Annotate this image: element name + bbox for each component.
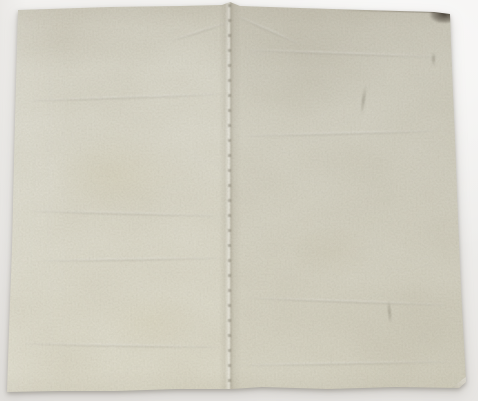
wrinkle-line xyxy=(242,49,442,59)
wrinkle-line xyxy=(30,210,220,218)
fold-crease-marks xyxy=(228,4,231,395)
wrinkle-line xyxy=(234,14,299,45)
wrinkle-line xyxy=(28,93,223,103)
bottom-right-dog-ear xyxy=(448,372,468,389)
gray-streak-mark xyxy=(360,85,367,115)
paper-sheet xyxy=(0,0,478,401)
wrinkle-line xyxy=(240,360,450,367)
wrinkle-line xyxy=(24,342,219,348)
paper-surface xyxy=(0,0,478,401)
wrinkle-line xyxy=(40,256,220,262)
wrinkle-line xyxy=(244,129,439,137)
wrinkle-line xyxy=(248,297,448,307)
photo-of-folded-paper xyxy=(0,0,478,401)
top-right-corner-stain xyxy=(430,9,452,23)
gray-streak-mark xyxy=(432,52,435,66)
